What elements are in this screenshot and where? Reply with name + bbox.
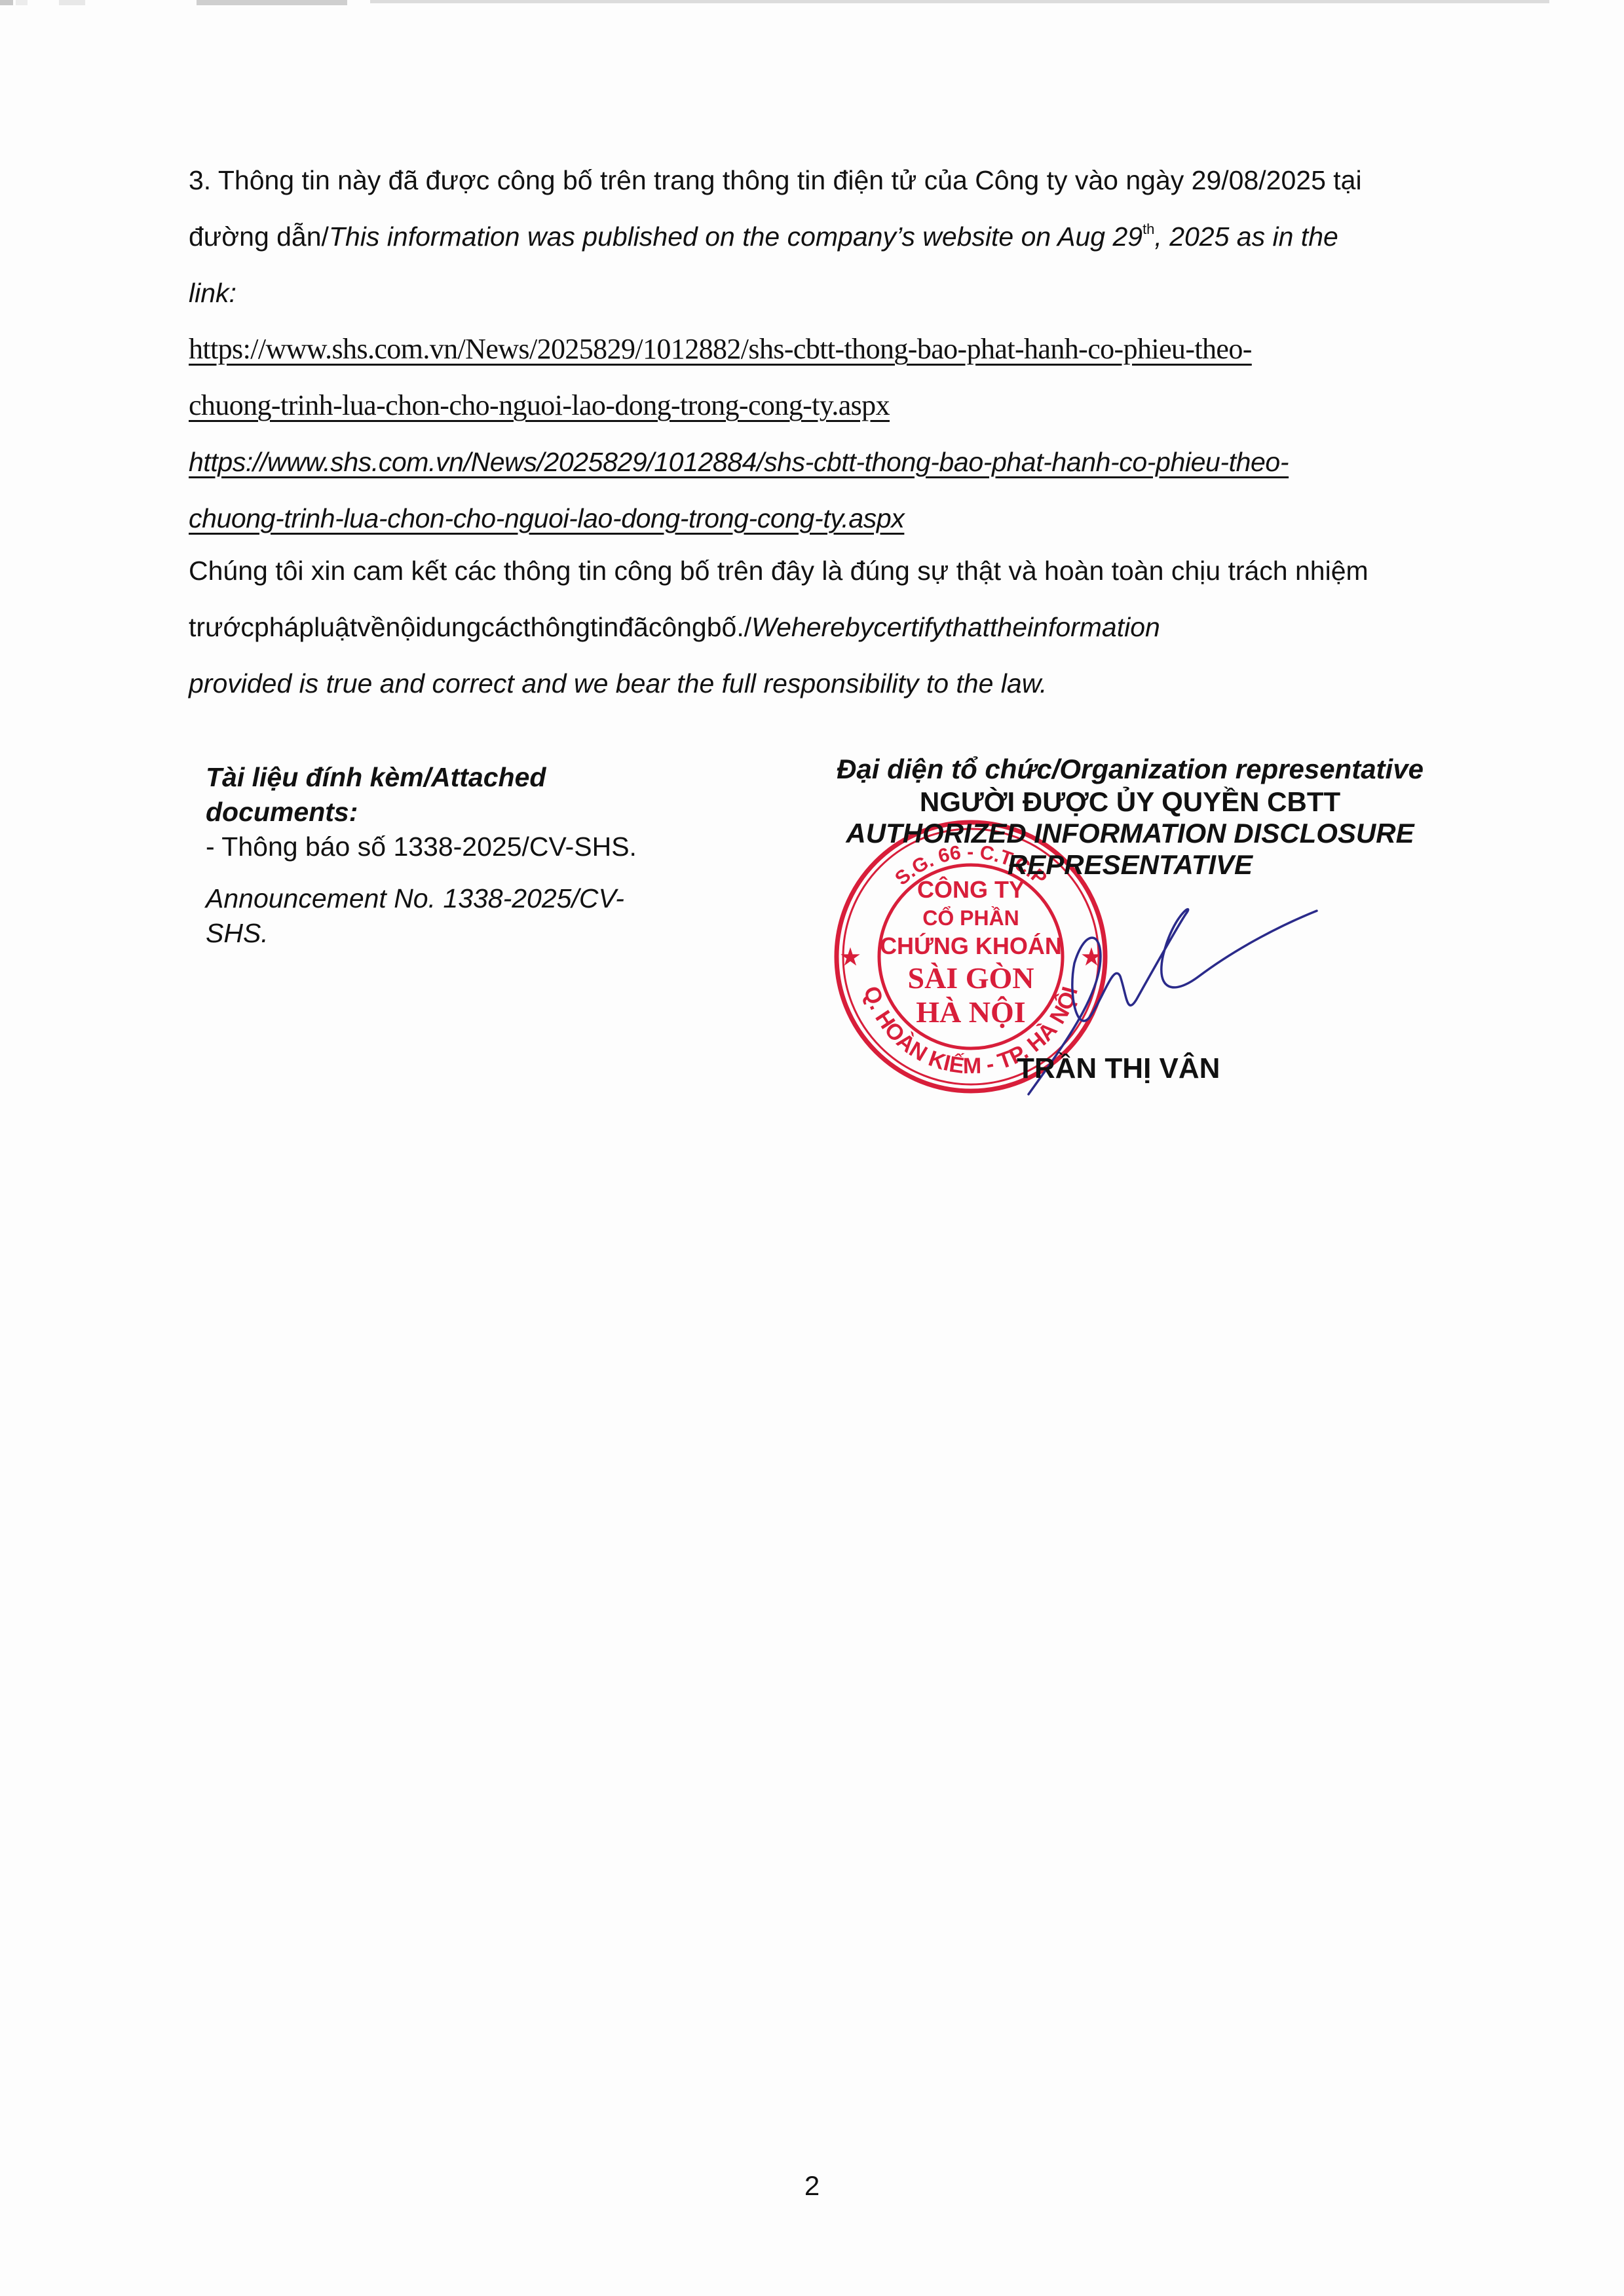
commitment-line-2: trướcphápluậtvềnộidungcácthôngtinđãcôngb… <box>189 599 1489 655</box>
attached-item-en: Announcement No. 1338-2025/CV-SHS. <box>206 881 704 951</box>
website-link-1a[interactable]: https://www.shs.com.vn/News/2025829/1012… <box>189 321 1492 377</box>
page-number: 2 <box>0 2170 1624 2202</box>
representative-role-en-1: AUTHORIZED INFORMATION DISCLOSURE <box>786 818 1474 849</box>
svg-text:SÀI GÒN: SÀI GÒN <box>908 961 1034 995</box>
representative-role-vi: NGƯỜI ĐƯỢC ỦY QUYỀN CBTT <box>786 786 1474 818</box>
website-link-2b[interactable]: chuong-trinh-lua-chon-cho-nguoi-lao-dong… <box>189 490 1492 546</box>
representative-title: Đại diện tổ chức/Organization representa… <box>786 752 1474 786</box>
svg-text:CỔ PHẦN: CỔ PHẦN <box>922 906 1019 930</box>
svg-text:HÀ NỘI: HÀ NỘI <box>916 995 1025 1029</box>
publication-paragraph: 3. Thông tin này đã được công bố trên tr… <box>189 152 1492 546</box>
commitment-line-1: Chúng tôi xin cam kết các thông tin công… <box>189 543 1492 599</box>
publication-line-2: đường dẫn/This information was published… <box>189 208 1492 265</box>
organization-representative: Đại diện tổ chức/Organization representa… <box>786 752 1474 881</box>
signer-name: TRẦN THỊ VÂN <box>1017 1052 1220 1085</box>
representative-role-en-2: REPRESENTATIVE <box>786 849 1474 881</box>
publication-line-3: link: <box>189 265 1492 321</box>
commitment-line-3: provided is true and correct and we bear… <box>189 655 1492 712</box>
commitment-paragraph: Chúng tôi xin cam kết các thông tin công… <box>189 543 1492 712</box>
attached-item-vi: - Thông báo số 1338-2025/CV-SHS. <box>206 830 704 864</box>
publication-line-1: 3. Thông tin này đã được công bố trên tr… <box>189 152 1492 208</box>
website-link-1b[interactable]: chuong-trinh-lua-chon-cho-nguoi-lao-dong… <box>189 377 1492 434</box>
scan-edge-artifact <box>0 0 1624 7</box>
attached-documents: Tài liệu đính kèm/Attacheddocuments: - T… <box>206 760 704 951</box>
attached-header: Tài liệu đính kèm/Attacheddocuments: <box>206 762 546 827</box>
website-link-2a[interactable]: https://www.shs.com.vn/News/2025829/1012… <box>189 434 1492 490</box>
svg-text:★: ★ <box>840 945 860 970</box>
